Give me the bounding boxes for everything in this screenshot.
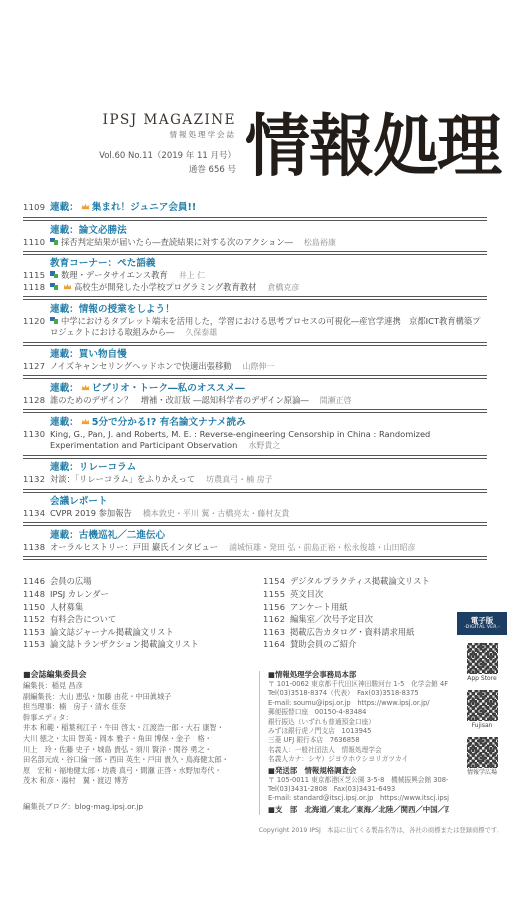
back-list-item: 1153論文誌ジャーナル掲載論文リスト xyxy=(23,626,263,639)
office-info-line: E-mail: soumu@ipsj.or.jp https://www.ips… xyxy=(268,699,449,708)
page-number: 1150 xyxy=(23,601,50,614)
movie-icon-green-square xyxy=(54,319,59,324)
office-info-line: ■情報処理学会事務局本部 xyxy=(268,669,449,680)
toc-section-title-text: 連載：情報の授業をしよう！ xyxy=(50,304,175,315)
article-authors: 松島裕康 xyxy=(304,238,336,247)
article-title: CVPR 2019 参加報告 xyxy=(50,508,132,518)
digital-version-title: 電子版 xyxy=(459,616,505,625)
toc-item: 1128誰のためのデザイン？ 増補・改訂版 ―認知科学者のデザイン原論―間瀬正啓 xyxy=(23,395,487,406)
toc-section-title: 連載：集まれ！ジュニア会員!! xyxy=(50,201,196,214)
back-list-item: 1153論文誌トランザクション掲載論文リスト xyxy=(23,638,263,651)
toc-section-title: 連載：ビブリオ・トーク―私のオススメ― xyxy=(50,382,245,395)
back-list-item: 1163掲載広告カタログ・資料請求用紙 xyxy=(263,626,487,639)
article-entry: 数理・データサイエンス教育井上 仁 xyxy=(50,270,205,281)
toc-item: 1127ノイズキャンセリングヘッドホンで快適出張移動山際伸一 xyxy=(23,361,487,372)
back-list-item: 1154デジタルプラクティス掲載論文リスト xyxy=(263,575,487,588)
table-of-contents: 1109連載：集まれ！ジュニア会員!!連載：論文必勝法1110採否判定結果が届い… xyxy=(23,201,487,560)
page-number: 1115 xyxy=(23,270,50,280)
toc-section-title-text: 連載：古機巡礼／二進伝心 xyxy=(50,530,165,541)
office-info-line: Tel(03)3431-2808 Fax(03)3431-6493 xyxy=(268,785,449,794)
toc-section-header: 連載：情報の授業をしよう！ xyxy=(23,303,487,316)
page-number: 1146 xyxy=(23,575,50,588)
toc-section-title: 連載：5分で分かる!? 有名論文ナナメ読み xyxy=(50,416,246,429)
back-list-label: 掲載広告カタログ・資料請求用紙 xyxy=(290,626,414,639)
movie-icon xyxy=(50,283,58,290)
toc-section-title-text: ビブリオ・トーク―私のオススメ― xyxy=(92,383,245,394)
editorial-committee-line: 原 宏和・福地健太郎・坊農 真弓・間瀬 正啓・水野加寿代・ xyxy=(23,766,255,777)
toc-section-title-text: 教育コーナー：ぺた語義 xyxy=(50,258,156,269)
article-authors: 間瀬正啓 xyxy=(320,396,352,405)
article-title: ノイズキャンセリングヘッドホンで快適出張移動 xyxy=(50,361,232,371)
page-number: 1148 xyxy=(23,588,50,601)
toc-section-header: 連載：買い物自慢 xyxy=(23,348,487,361)
editorial-committee-title: ■会誌編集委員会 xyxy=(23,669,255,681)
page-number: 1134 xyxy=(23,508,50,518)
editorial-committee-line: 副編集長：大山 恵弘・加藤 由花・中田眞城子 xyxy=(23,692,255,703)
page-number: 1110 xyxy=(23,237,50,247)
qr-code xyxy=(467,690,498,721)
issue-number: 通巻 656 号 xyxy=(99,163,236,175)
movie-icon-green-square xyxy=(54,285,59,290)
editorial-committee-line: 川上 玲・佐藤 史子・城島 貴弘・須川 賢洋・関谷 勇之・ xyxy=(23,745,255,756)
editorial-committee-line: 幹事エディタ： xyxy=(23,713,255,724)
page-number: 1128 xyxy=(23,395,50,405)
editorial-committee-line: 担当理事：楠 房子・清水 佳奈 xyxy=(23,702,255,713)
movie-icon-green-square xyxy=(54,240,59,245)
article-authors: 倉橋克彦 xyxy=(267,283,299,292)
toc-section-title: 連載：リレーコラム xyxy=(50,461,136,474)
article-entry: 中学におけるタブレット端末を活用した，学習における思考プロセスの可視化―産官学連… xyxy=(50,316,487,339)
movie-icon xyxy=(50,271,58,278)
back-list-item: 1146会員の広場 xyxy=(23,575,263,588)
movie-icon xyxy=(50,238,58,245)
section-rule xyxy=(23,522,487,526)
back-list-label: デジタルプラクティス掲載論文リスト xyxy=(290,575,430,588)
qr-code xyxy=(467,643,498,674)
colophon: ■会誌編集委員会編集長：稲見 昌彦副編集長：大山 恵弘・加藤 由花・中田眞城子担… xyxy=(23,669,449,815)
page-number: 1153 xyxy=(23,638,50,651)
back-list-label: アンケート用紙 xyxy=(290,601,348,614)
office-info-line: Tel(03)3518-8374（代表） Fax(03)3518-8375 xyxy=(268,689,449,698)
office-info-line: E-mail: standard@itscj.ipsj.or.jp https:… xyxy=(268,794,449,803)
digital-version-sidebar: 電子版 -DIGITAL VER.- App StoreFujisan情報学広場 xyxy=(457,612,507,776)
section-rule xyxy=(23,296,487,300)
toc-section-title: 教育コーナー：ぺた語義 xyxy=(50,257,156,270)
article-authors: 井上 仁 xyxy=(179,271,206,280)
magazine-name-english: IPSJ MAGAZINE xyxy=(99,112,236,128)
back-list-label: 人材募集 xyxy=(50,601,83,614)
toc-section-title: 連載：古機巡礼／二進伝心 xyxy=(50,529,165,542)
toc-section-title-text: 連載：買い物自慢 xyxy=(50,349,127,360)
editorial-committee-line: 田名部元成・谷口倫一郎・西田 英生・戸田 貴久・鳥海健太郎・ xyxy=(23,755,255,766)
article-entry: 対談：「リレーコラム」をふりかえって坊農真弓・楠 房子 xyxy=(50,474,273,485)
back-list-label: 有料会告について xyxy=(50,613,116,626)
section-rule xyxy=(23,217,487,221)
editorial-committee-line: 井本 和範・稲葉利江子・牛田 啓太・江渡浩一郎・大石 康智・ xyxy=(23,723,255,734)
page-number: 1132 xyxy=(23,474,50,484)
toc-item: 1118高校生が開発した小学校プログラミング教育教材倉橋克彦 xyxy=(23,282,487,293)
section-rule xyxy=(23,455,487,459)
editorial-committee-line: 茂木 和彦・湯村 翼・渡辺 博芳 xyxy=(23,776,255,787)
article-authors: 浦城恒雄・発田 弘・前島正裕・松永俊雄・山田昭彦 xyxy=(229,543,416,552)
page-number: 1163 xyxy=(263,626,290,639)
crown-icon xyxy=(61,282,74,292)
back-list-item: 1155英文目次 xyxy=(263,588,487,601)
toc-section-header: 連載：5分で分かる!? 有名論文ナナメ読み xyxy=(23,416,487,429)
toc-section-title: 連載：買い物自慢 xyxy=(50,348,127,361)
article-authors: 橋本敦史・平川 翼・古橋亮太・藤村友貴 xyxy=(143,509,290,518)
digital-version-header: 電子版 -DIGITAL VER.- xyxy=(457,612,507,635)
office-info-line: ■発送部 情報規格調査会 xyxy=(268,765,449,776)
toc-item: 1134CVPR 2019 参加報告橋本敦史・平川 翼・古橋亮太・藤村友貴 xyxy=(23,508,487,519)
magazine-subtitle: 情報処理学会誌 xyxy=(99,129,236,140)
toc-section-title-text: 連載： xyxy=(50,417,79,428)
section-rule xyxy=(23,489,487,493)
office-info-line: 郵便振替口座 00150-4-83484 xyxy=(268,708,449,717)
toc-section-header: 連載：論文必勝法 xyxy=(23,224,487,237)
back-list-label: 英文目次 xyxy=(290,588,323,601)
article-entry: オーラルヒストリー：戸田 巖氏インタビュー浦城恒雄・発田 弘・前島正裕・松永俊雄… xyxy=(50,542,416,553)
back-list-column: 1154デジタルプラクティス掲載論文リスト1155英文目次1156アンケート用紙… xyxy=(263,575,487,651)
crown-icon xyxy=(79,202,92,213)
article-title: オーラルヒストリー：戸田 巖氏インタビュー xyxy=(50,542,218,552)
page-number: 1109 xyxy=(23,202,50,212)
movie-icon xyxy=(50,317,58,324)
office-info-line: 名義人：一般社団法人 情報処理学会 xyxy=(268,746,449,755)
back-list-label: 論文誌ジャーナル掲載論文リスト xyxy=(50,626,174,639)
back-list-item: 1148IPSJ カレンダー xyxy=(23,588,263,601)
volume-number: Vol.60 No.11（2019 年 11 月号） xyxy=(99,149,236,161)
toc-section-header: 連載：ビブリオ・トーク―私のオススメ― xyxy=(23,382,487,395)
back-list-item: 1164賛助会員のご紹介 xyxy=(263,638,487,651)
article-title: 対談：「リレーコラム」をふりかえって xyxy=(50,474,195,484)
toc-section-header: 教育コーナー：ぺた語義 xyxy=(23,257,487,270)
qr-code-label: Fujisan xyxy=(457,722,507,729)
toc-section-header: 連載：古機巡礼／二進伝心 xyxy=(23,529,487,542)
office-info-line: 〒 101-0062 東京都千代田区神田駿河台 1-5 化学会館 4F xyxy=(268,680,449,689)
masthead: IPSJ MAGAZINE 情報処理学会誌 Vol.60 No.11（2019 … xyxy=(0,0,507,181)
back-matter-page-list: 1146会員の広場1148IPSJ カレンダー1150人材募集1152有料会告に… xyxy=(23,575,487,651)
back-list-label: 編集室／次号予定目次 xyxy=(290,613,373,626)
page-number: 1127 xyxy=(23,361,50,371)
office-info-line: 三菱 UFJ 銀行本店 7636858 xyxy=(268,736,449,745)
office-info-line: みずほ銀行虎ノ門支店 1013945 xyxy=(268,727,449,736)
toc-section-title-text: 会議レポート xyxy=(50,496,108,507)
toc-section-title: 連載：論文必勝法 xyxy=(50,224,127,237)
column-divider xyxy=(259,671,260,815)
toc-section-title-text: 連載：論文必勝法 xyxy=(50,225,127,236)
section-rule xyxy=(23,409,487,413)
page-number: 1138 xyxy=(23,542,50,552)
page-number: 1154 xyxy=(263,575,290,588)
page-number: 1155 xyxy=(263,588,290,601)
article-title: 採否判定結果が届いたら―査読結果に対する次のアクション― xyxy=(61,237,293,247)
toc-item: 1115数理・データサイエンス教育井上 仁 xyxy=(23,270,487,281)
page-number: 1120 xyxy=(23,316,50,326)
toc-section-title-text: 集まれ！ジュニア会員!! xyxy=(92,202,197,213)
back-list-label: IPSJ カレンダー xyxy=(50,588,109,601)
copyright-notice: Copyright 2019 IPSJ 本誌に出てくる製品名等は，各社の商標また… xyxy=(0,825,503,834)
section-rule xyxy=(23,251,487,255)
article-title: 高校生が開発した小学校プログラミング教育教材 xyxy=(74,282,256,292)
toc-section-title-text: 連載： xyxy=(50,383,79,394)
page-number: 1118 xyxy=(23,282,50,292)
section-rule xyxy=(23,556,487,560)
section-rule xyxy=(23,375,487,379)
page-number: 1130 xyxy=(23,429,50,439)
office-info-line: 銀行振込（いずれも普通預金口座） xyxy=(268,718,449,727)
qr-code-label: App Store xyxy=(457,675,507,682)
office-info-line: 名義人カナ：シヤ）ジヨウホウシヨリガツカイ xyxy=(268,755,449,764)
toc-item: 1110採否判定結果が届いたら―査読結果に対する次のアクション―松島裕康 xyxy=(23,237,487,248)
article-entry: 誰のためのデザイン？ 増補・改訂版 ―認知科学者のデザイン原論―間瀬正啓 xyxy=(50,395,352,406)
qr-code xyxy=(467,737,498,768)
toc-section-title: 連載：情報の授業をしよう！ xyxy=(50,303,175,316)
toc-section-title-text: 連載：リレーコラム xyxy=(50,462,136,473)
office-info-line: 〒 105-0011 東京都港区芝公園 3-5-8 機械振興会館 308-3 xyxy=(268,776,449,785)
toc-section-header: 会議レポート xyxy=(23,495,487,508)
back-list-item: 1150人材募集 xyxy=(23,601,263,614)
back-list-label: 会員の広場 xyxy=(50,575,92,588)
editor-blog-url: 編集長ブログ：blog-mag.ipsj.or.jp xyxy=(23,801,255,812)
editorial-committee-block: ■会誌編集委員会編集長：稲見 昌彦副編集長：大山 恵弘・加藤 由花・中田眞城子担… xyxy=(23,669,255,815)
article-title: King, G., Pan, J. and Roberts, M. E. : R… xyxy=(50,429,430,450)
article-authors: 久保泰雄 xyxy=(185,328,217,337)
back-list-item: 1156アンケート用紙 xyxy=(263,601,487,614)
movie-icon-green-square xyxy=(54,274,59,279)
article-authors: 水野貴之 xyxy=(248,441,280,450)
toc-item: 1130King, G., Pan, J. and Roberts, M. E.… xyxy=(23,429,487,452)
toc-section-title-text: 連載： xyxy=(50,202,79,213)
qr-code-label: 情報学広場 xyxy=(457,769,507,776)
article-entry: 採否判定結果が届いたら―査読結果に対する次のアクション―松島裕康 xyxy=(50,237,336,248)
toc-section-header: 1109連載：集まれ！ジュニア会員!! xyxy=(23,201,487,214)
page-number: 1156 xyxy=(263,601,290,614)
toc-item: 1120中学におけるタブレット端末を活用した，学習における思考プロセスの可視化―… xyxy=(23,316,487,339)
toc-section-title: 会議レポート xyxy=(50,495,108,508)
toc-item: 1132対談：「リレーコラム」をふりかえって坊農真弓・楠 房子 xyxy=(23,474,487,485)
crown-icon xyxy=(79,383,92,394)
crown-icon xyxy=(79,417,92,428)
page-number: 1153 xyxy=(23,626,50,639)
editorial-committee-line: 編集長：稲見 昌彦 xyxy=(23,681,255,692)
section-rule xyxy=(23,342,487,346)
page-number: 1164 xyxy=(263,638,290,651)
back-list-column: 1146会員の広場1148IPSJ カレンダー1150人材募集1152有料会告に… xyxy=(23,575,263,651)
editorial-committee-line: 大川 徳之・太田 智美・岡本 雅子・角田 博保・金子 格・ xyxy=(23,734,255,745)
toc-section-title-text: 5分で分かる!? 有名論文ナナメ読み xyxy=(92,417,246,428)
magazine-title-logo: 情報処理 xyxy=(245,115,501,181)
back-list-item: 1152有料会告について xyxy=(23,613,263,626)
toc-section-header: 連載：リレーコラム xyxy=(23,461,487,474)
article-title: 数理・データサイエンス教育 xyxy=(61,270,168,280)
article-title: 中学におけるタブレット端末を活用した，学習における思考プロセスの可視化―産官学連… xyxy=(50,316,480,337)
article-authors: 山際伸一 xyxy=(243,362,275,371)
article-entry: ノイズキャンセリングヘッドホンで快適出張移動山際伸一 xyxy=(50,361,275,372)
article-entry: CVPR 2019 参加報告橋本敦史・平川 翼・古橋亮太・藤村友貴 xyxy=(50,508,289,519)
article-entry: 高校生が開発した小学校プログラミング教育教材倉橋克彦 xyxy=(50,282,299,293)
article-entry: King, G., Pan, J. and Roberts, M. E. : R… xyxy=(50,429,487,452)
office-info-line: ■支 部 北海道／東北／東海／北陸／関西／中国／四国／九州 xyxy=(268,804,449,815)
back-list-label: 賛助会員のご紹介 xyxy=(290,638,356,651)
back-list-label: 論文誌トランザクション掲載論文リスト xyxy=(50,638,199,651)
article-title: 誰のためのデザイン？ 増補・改訂版 ―認知科学者のデザイン原論― xyxy=(50,395,309,405)
society-office-block: ■情報処理学会事務局本部〒 101-0062 東京都千代田区神田駿河台 1-5 … xyxy=(268,669,449,815)
magazine-toc-page: IPSJ MAGAZINE 情報処理学会誌 Vol.60 No.11（2019 … xyxy=(0,0,507,900)
back-list-item: 1162編集室／次号予定目次 xyxy=(263,613,487,626)
article-authors: 坊農真弓・楠 房子 xyxy=(206,475,273,484)
page-number: 1152 xyxy=(23,613,50,626)
toc-item: 1138オーラルヒストリー：戸田 巖氏インタビュー浦城恒雄・発田 弘・前島正裕・… xyxy=(23,542,487,553)
page-number: 1162 xyxy=(263,613,290,626)
digital-version-subtitle: -DIGITAL VER.- xyxy=(459,625,505,631)
masthead-info: IPSJ MAGAZINE 情報処理学会誌 Vol.60 No.11（2019 … xyxy=(99,112,236,181)
